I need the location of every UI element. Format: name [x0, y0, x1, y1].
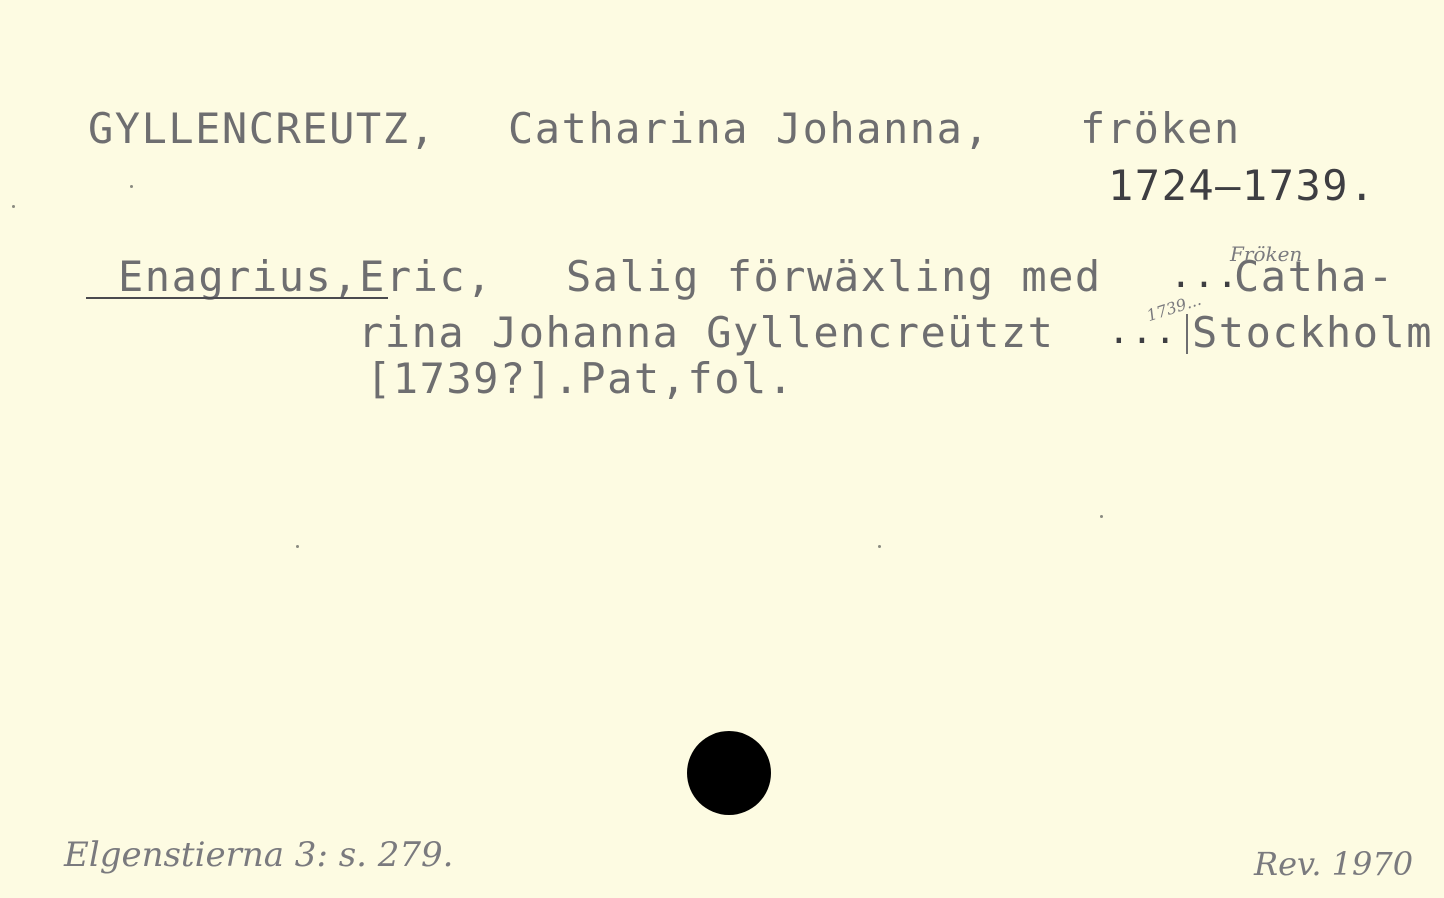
handwritten-froken: Fröken	[1230, 244, 1302, 264]
paper-speck	[296, 545, 299, 548]
entry-place: Stockholm	[1192, 312, 1433, 354]
paper-speck	[878, 545, 881, 548]
heading-surname: GYLLENCREUTZ,	[88, 108, 436, 150]
entry-title-line1: Salig förwäxling med	[566, 256, 1102, 298]
catalog-card: GYLLENCREUTZ, Catharina Johanna, fröken …	[0, 0, 1444, 898]
heading-title: fröken	[1080, 108, 1241, 150]
bottom-left-note: Elgenstierna 3: s. 279.	[64, 838, 453, 872]
punch-hole	[687, 731, 771, 815]
revision-note: Rev. 1970	[1254, 848, 1413, 880]
author-underline	[86, 297, 388, 299]
entry-title-line2: rina Johanna Gyllencreützt	[358, 312, 1054, 354]
paper-speck	[1100, 515, 1103, 518]
entry-imprint: [1739?].Pat,fol.	[366, 358, 795, 400]
paper-speck	[130, 185, 133, 188]
heading-dates: 1724—1739.	[1108, 165, 1376, 207]
paper-speck	[12, 205, 15, 208]
entry-author: Enagrius,Eric,	[118, 256, 493, 298]
heading-given-names: Catharina Johanna,	[508, 108, 990, 150]
insertion-mark	[1186, 314, 1188, 354]
